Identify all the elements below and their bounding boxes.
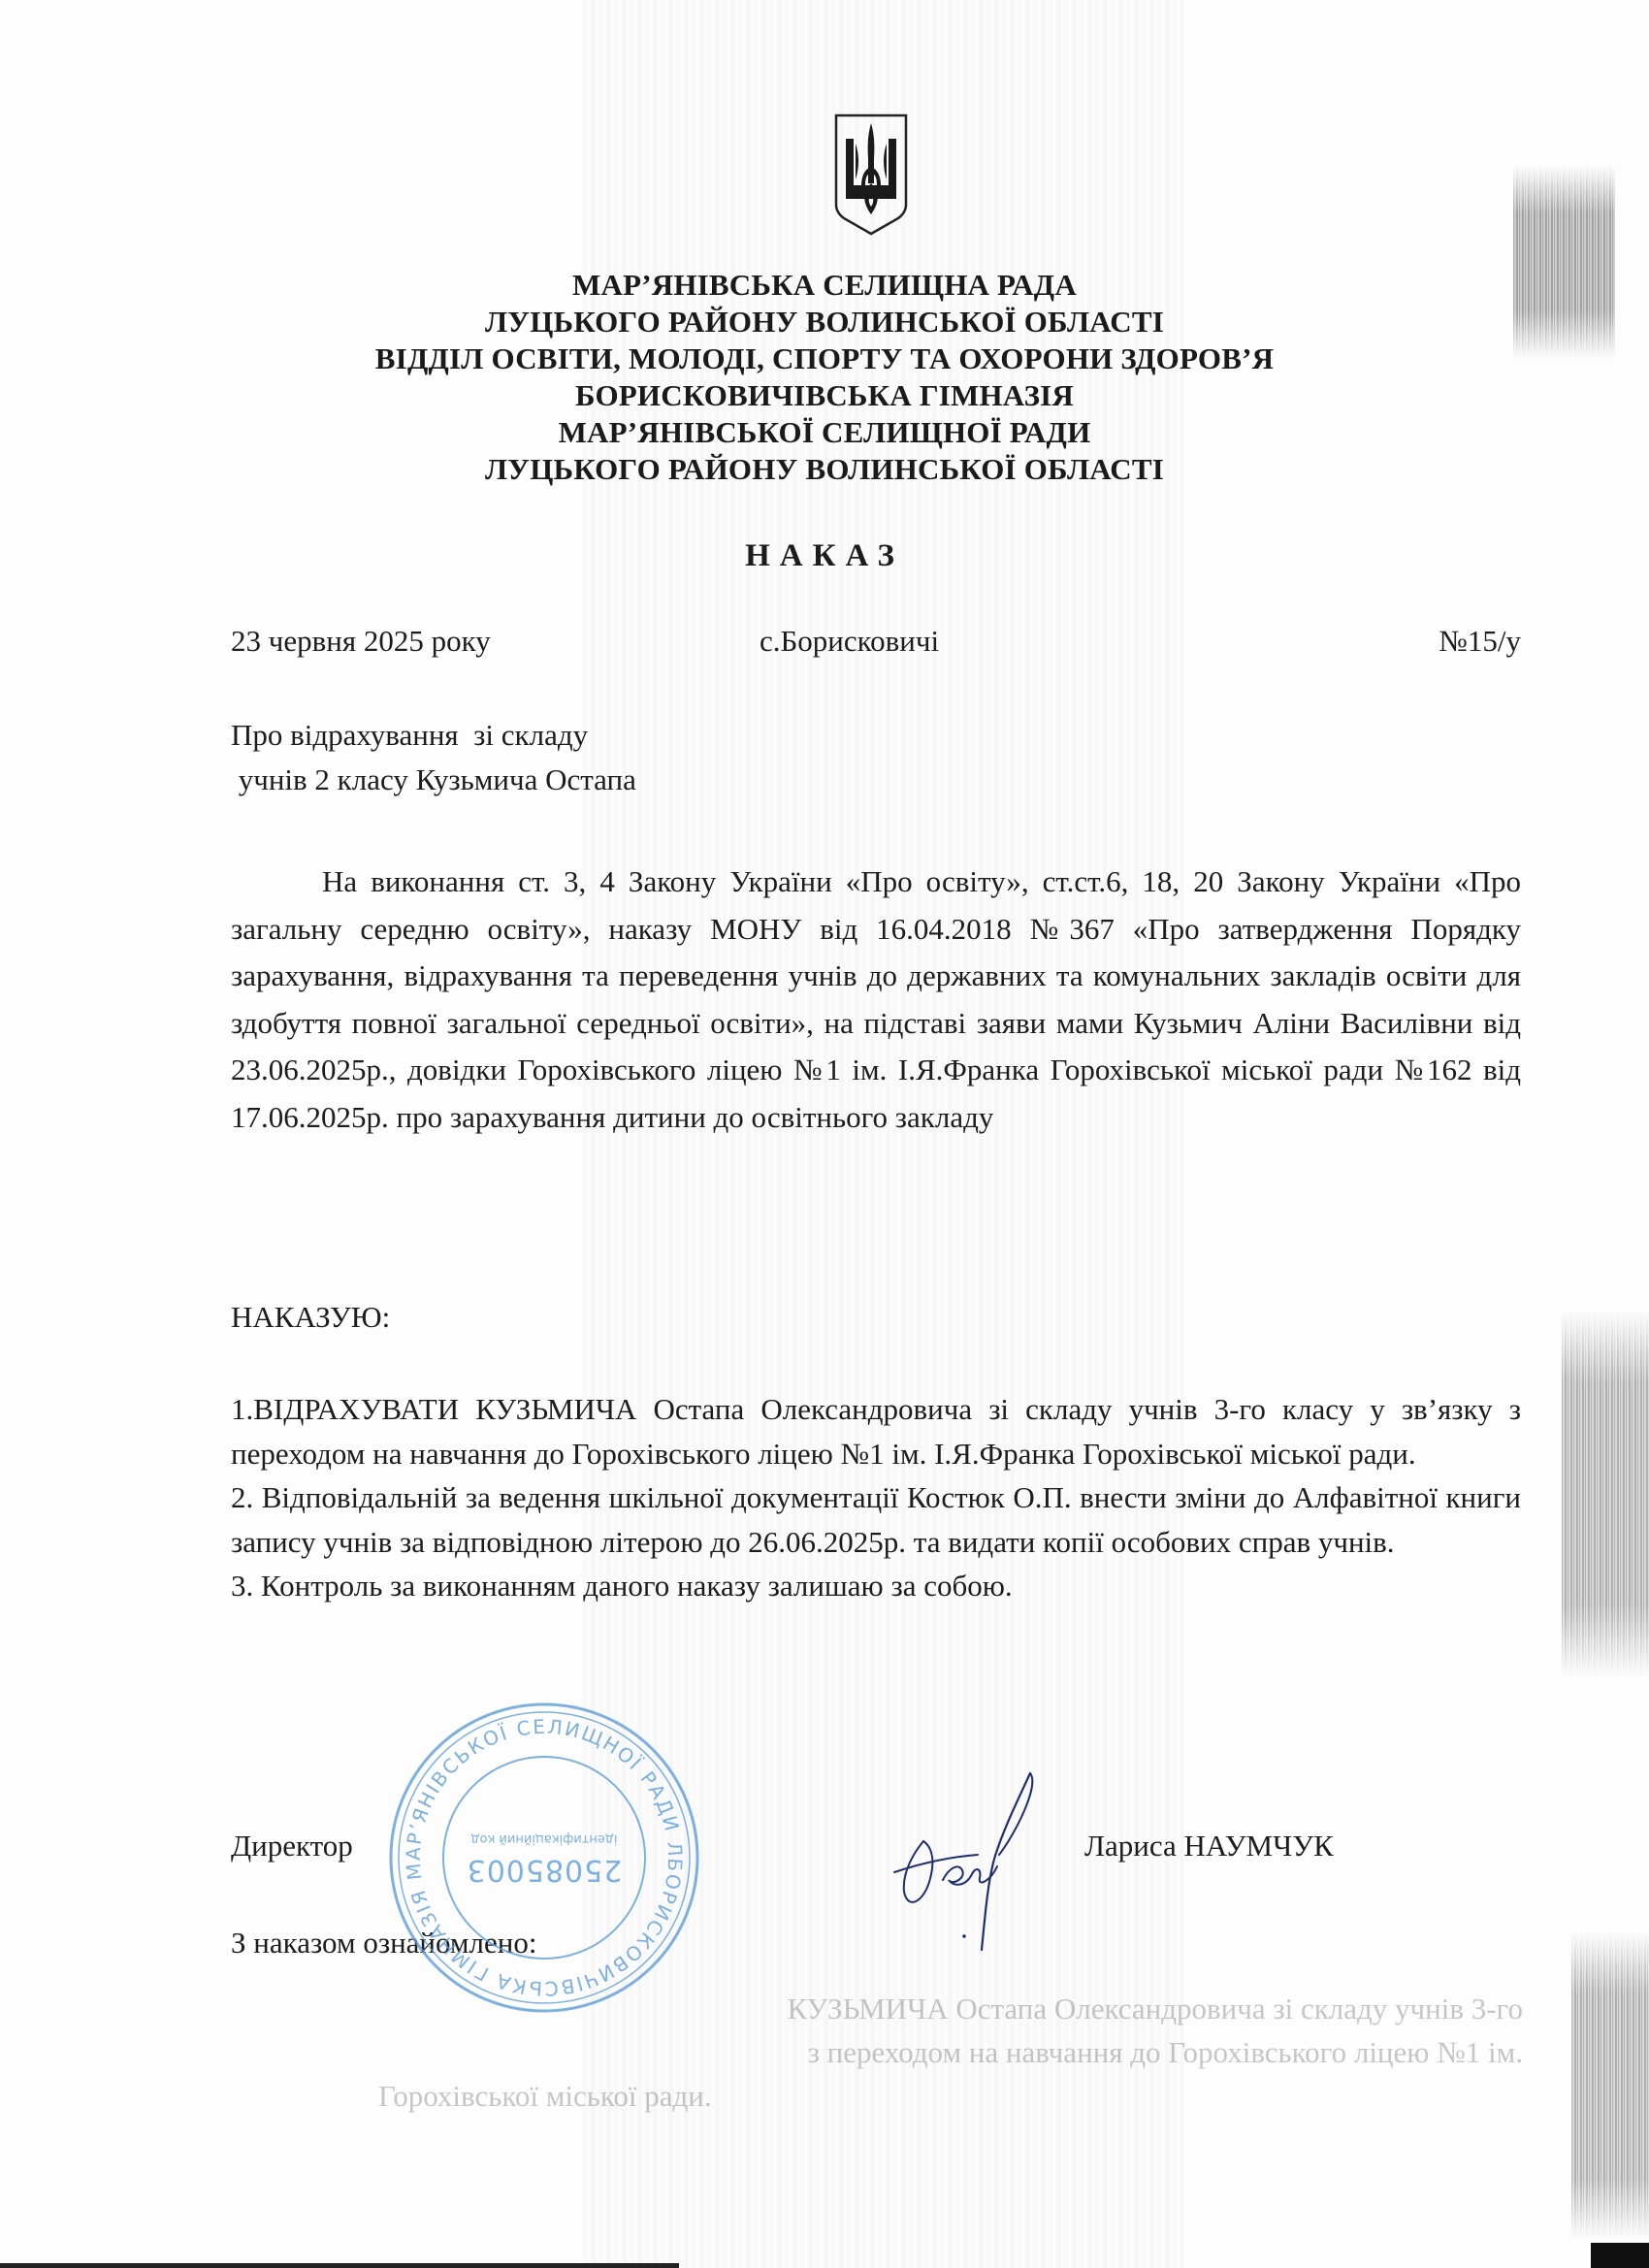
ghost-line: Горохівської міської ради. xyxy=(320,2074,1523,2118)
document-title: НАКАЗ xyxy=(0,538,1649,574)
document-meta: 23 червня 2025 року с.Борисковичі №15/у xyxy=(231,624,1521,663)
document-number: №15/у xyxy=(1439,624,1521,659)
order-word: НАКАЗУЮ: xyxy=(231,1300,390,1335)
document-subject: Про відрахування зі складу учнів 2 класу… xyxy=(231,713,636,802)
order-item: 2. Відповідальній за ведення шкільної до… xyxy=(231,1475,1521,1564)
order-item: 1.ВІДРАХУВАТИ КУЗЬМИЧА Остапа Олександро… xyxy=(231,1387,1521,1475)
subject-line: учнів 2 класу Кузьмича Остапа xyxy=(231,758,636,802)
header-line: МАР’ЯНІВСЬКОЇ СЕЛИЩНОЇ РАДИ xyxy=(0,414,1649,451)
signatory-name: Лариса НАУМЧУК xyxy=(1084,1829,1334,1863)
preamble-paragraph: На виконання ст. 3, 4 Закону України «Пр… xyxy=(231,859,1521,1141)
header-line: МАР’ЯНІВСЬКА СЕЛИЩНА РАДА xyxy=(0,267,1649,304)
document-date: 23 червня 2025 року xyxy=(231,624,491,659)
header-line: ЛУЦЬКОГО РАЙОНУ ВОЛИНСЬКОЇ ОБЛАСТІ xyxy=(0,304,1649,340)
header-line: ВІДДІЛ ОСВІТИ, МОЛОДІ, СПОРТУ ТА ОХОРОНИ… xyxy=(0,340,1649,377)
header-line: ЛУЦЬКОГО РАЙОНУ ВОЛИНСЬКОЇ ОБЛАСТІ xyxy=(0,451,1649,488)
svg-text:ідентифікаційний код: ідентифікаційний код xyxy=(471,1831,618,1846)
trident-coat-of-arms-icon xyxy=(832,112,910,236)
handwritten-signature xyxy=(885,1766,1079,1960)
scan-edge xyxy=(0,2263,679,2268)
subject-line: Про відрахування зі складу xyxy=(231,713,636,758)
header-line: БОРИСКОВИЧІВСЬКА ГІМНАЗІЯ xyxy=(0,377,1649,414)
signatory-role: Директор xyxy=(231,1829,353,1863)
order-item: 3. Контроль за виконанням даного наказу … xyxy=(231,1564,1521,1608)
document-place: с.Борисковичі xyxy=(760,624,939,659)
scan-noise-right xyxy=(1571,1930,1649,2241)
scan-corner xyxy=(1591,2243,1649,2268)
order-items: 1.ВІДРАХУВАТИ КУЗЬМИЧА Остапа Олександро… xyxy=(231,1387,1521,1608)
scan-noise-right xyxy=(1562,1310,1649,1678)
ghost-line: з переходом на навчання до Горохівського… xyxy=(320,2030,1523,2074)
official-stamp-icon: БОРИСКОВИЧІВСЬКА ГІМНАЗІЯ МАР’ЯНІВСЬКОЇ … xyxy=(386,1700,702,2016)
svg-text:25085003: 25085003 xyxy=(467,1853,623,1887)
institution-header: МАР’ЯНІВСЬКА СЕЛИЩНА РАДА ЛУЦЬКОГО РАЙОН… xyxy=(0,267,1649,488)
